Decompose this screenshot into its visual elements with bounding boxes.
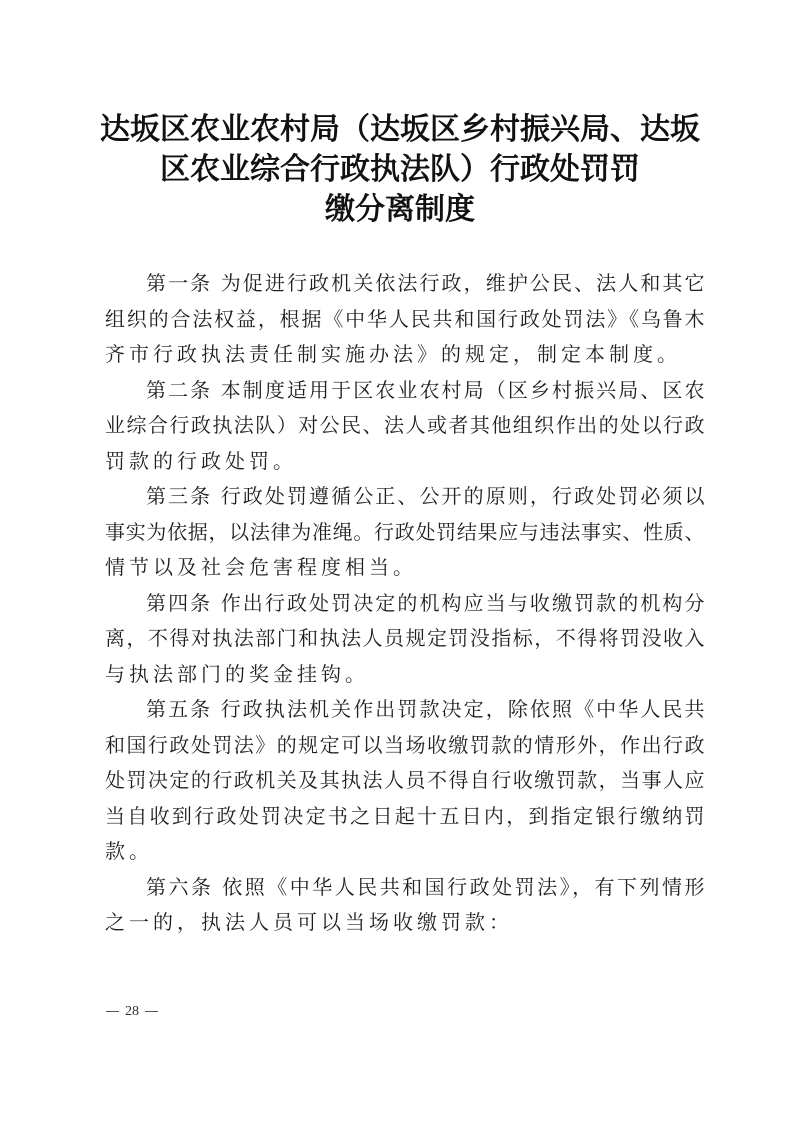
article-5-line-5: 款。 <box>105 834 705 870</box>
article-1-line-1: 第一条 为促进行政机关依法行政，维护公民、法人和其它 <box>105 266 705 302</box>
footer-dash-right <box>145 1011 158 1012</box>
title-line-2: 区农业综合行政执法队）行政处罚罚 <box>100 150 700 190</box>
article-2-line-3: 罚款的行政处罚。 <box>105 444 705 480</box>
article-3-line-2: 事实为依据，以法律为准绳。行政处罚结果应与违法事实、性质、 <box>105 515 705 551</box>
article-6: 第六条 依照《中华人民共和国行政处罚法》，有下列情形 之一的，执法人员可以当场收… <box>105 870 705 941</box>
article-1-line-2: 组织的合法权益，根据《中华人民共和国行政处罚法》《乌鲁木 <box>105 302 705 338</box>
article-4-line-3: 与执法部门的奖金挂钩。 <box>105 657 705 693</box>
article-4-line-2: 离，不得对执法部门和执法人员规定罚没指标，不得将罚没收入 <box>105 621 705 657</box>
title-line-3: 缴分离制度 <box>100 190 700 230</box>
article-5-line-4: 当自收到行政处罚决定书之日起十五日内，到指定银行缴纳罚 <box>105 799 705 835</box>
article-3-line-3: 情节以及社会危害程度相当。 <box>105 550 705 586</box>
article-5: 第五条 行政执法机关作出罚款决定，除依照《中华人民共 和国行政处罚法》的规定可以… <box>105 692 705 870</box>
article-5-line-3: 处罚决定的行政机关及其执法人员不得自行收缴罚款，当事人应 <box>105 763 705 799</box>
document-page: 达坂区农业农村局（达坂区乡村振兴局、达坂 区农业综合行政执法队）行政处罚罚 缴分… <box>0 0 793 1122</box>
article-2-line-1: 第二条 本制度适用于区农业农村局（区乡村振兴局、区农 <box>105 373 705 409</box>
article-3-line-1: 第三条 行政处罚遵循公正、公开的原则，行政处罚必须以 <box>105 479 705 515</box>
footer-dash-left <box>106 1011 119 1012</box>
article-2-line-2: 业综合行政执法队）对公民、法人或者其他组织作出的处以行政 <box>105 408 705 444</box>
page-number: 28 <box>125 1004 139 1019</box>
article-4-line-1: 第四条 作出行政处罚决定的机构应当与收缴罚款的机构分 <box>105 586 705 622</box>
title-line-1: 达坂区农业农村局（达坂区乡村振兴局、达坂 <box>100 110 700 150</box>
article-2: 第二条 本制度适用于区农业农村局（区乡村振兴局、区农 业综合行政执法队）对公民、… <box>105 373 705 480</box>
article-5-line-1: 第五条 行政执法机关作出罚款决定，除依照《中华人民共 <box>105 692 705 728</box>
document-title: 达坂区农业农村局（达坂区乡村振兴局、达坂 区农业综合行政执法队）行政处罚罚 缴分… <box>100 110 700 230</box>
article-6-line-1: 第六条 依照《中华人民共和国行政处罚法》，有下列情形 <box>105 870 705 906</box>
article-5-line-2: 和国行政处罚法》的规定可以当场收缴罚款的情形外，作出行政 <box>105 728 705 764</box>
page-number-footer: 28 <box>100 1004 164 1020</box>
article-6-line-2: 之一的，执法人员可以当场收缴罚款： <box>105 905 705 941</box>
article-3: 第三条 行政处罚遵循公正、公开的原则，行政处罚必须以 事实为依据，以法律为准绳。… <box>105 479 705 586</box>
article-1-line-3: 齐市行政执法责任制实施办法》的规定，制定本制度。 <box>105 337 705 373</box>
article-4: 第四条 作出行政处罚决定的机构应当与收缴罚款的机构分 离，不得对执法部门和执法人… <box>105 586 705 693</box>
document-body: 第一条 为促进行政机关依法行政，维护公民、法人和其它 组织的合法权益，根据《中华… <box>105 266 705 941</box>
article-1: 第一条 为促进行政机关依法行政，维护公民、法人和其它 组织的合法权益，根据《中华… <box>105 266 705 373</box>
